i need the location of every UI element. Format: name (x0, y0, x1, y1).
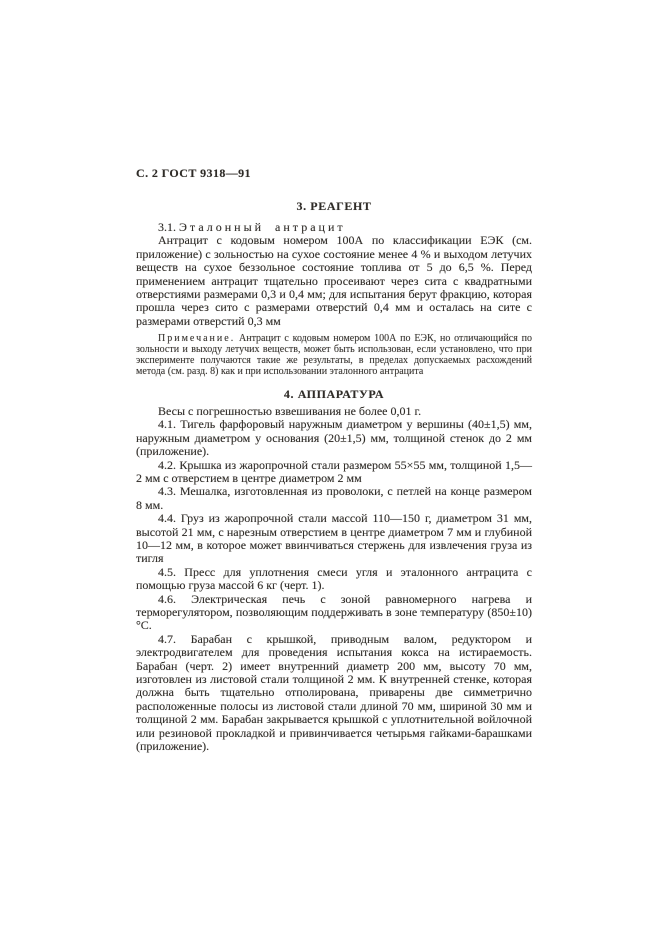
clause-3-1-title: Эталонный антрацит (179, 220, 346, 234)
section-3-title: 3. РЕАГЕНТ (136, 199, 532, 213)
apparatus-paragraph-scales: Весы с погрешностью взвешивания не более… (136, 405, 532, 418)
section-3-body-paragraph: Антрацит с кодовым номером 100А по класс… (136, 234, 532, 328)
apparatus-paragraph-4-3-stirrer: 4.3. Мешалка, изготовленная из проволоки… (136, 485, 532, 512)
text-column: С. 2 ГОСТ 9318—91 3. РЕАГЕНТ 3.1. Эталон… (136, 166, 532, 753)
section-3-note: Примечание. Антрацит с кодовым номером 1… (136, 334, 532, 378)
apparatus-paragraph-4-4-weight: 4.4. Груз из жаропрочной стали массой 11… (136, 512, 532, 566)
clause-3-1-heading: 3.1. Эталонный антрацит (136, 221, 532, 234)
apparatus-paragraph-4-5-press: 4.5. Пресс для уплотнения смеси угля и э… (136, 566, 532, 593)
clause-3-1-number: 3.1. (158, 220, 176, 234)
apparatus-paragraph-4-2-lid: 4.2. Крышка из жаропрочной стали размеро… (136, 459, 532, 486)
apparatus-paragraph-4-1-crucible: 4.1. Тигель фарфоровый наружным диаметро… (136, 418, 532, 458)
scanned-document-page: С. 2 ГОСТ 9318—91 3. РЕАГЕНТ 3.1. Эталон… (0, 0, 661, 935)
apparatus-paragraph-4-7-drum: 4.7. Барабан с крышкой, приводным валом,… (136, 633, 532, 754)
section-4-title: 4. АППАРАТУРА (136, 387, 532, 401)
note-label: Примечание. (158, 333, 235, 344)
page-header: С. 2 ГОСТ 9318—91 (136, 166, 532, 180)
apparatus-paragraph-4-6-furnace: 4.6. Электрическая печь с зоной равномер… (136, 593, 532, 633)
